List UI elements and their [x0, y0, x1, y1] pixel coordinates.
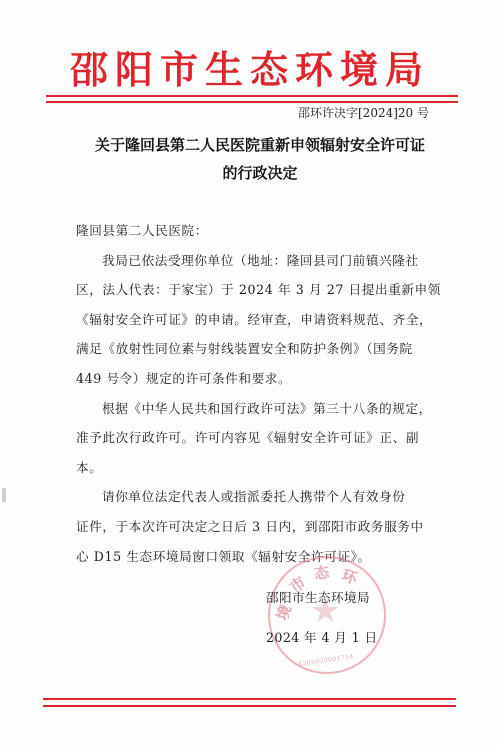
document-page: 邵阳市生态环境局 邵环许决字[2024]20 号 关于隆回县第二人民医院重新申领… — [0, 0, 500, 747]
footer-rule-top — [43, 698, 456, 700]
header-rule-bottom — [46, 101, 458, 103]
signature-block: 邵阳市生态环境局 2024 年 4 月 1 日 — [266, 578, 377, 658]
paragraph-3-line-3: 心 D15 生态环境局窗口领取《辐射安全许可证》。 — [76, 542, 426, 572]
document-title-line-1: 关于隆回县第二人民医院重新申领辐射安全许可证 — [60, 131, 460, 159]
paragraph-2-line-2: 准予此次行政许可。许可内容见《辐射安全许可证》正、副 — [76, 423, 426, 453]
document-body: 隆回县第二人民医院： 我局已依法受理你单位（地址：隆回县司门前镇兴隆社 区，法人… — [76, 216, 426, 571]
document-title: 关于隆回县第二人民医院重新申领辐射安全许可证 的行政决定 — [60, 131, 460, 187]
scan-artifact — [2, 488, 6, 502]
paragraph-1-line-1: 我局已依法受理你单位（地址：隆回县司门前镇兴隆社 — [76, 246, 426, 276]
footer-rule-bottom — [43, 705, 456, 707]
document-title-line-2: 的行政决定 — [60, 159, 460, 187]
paragraph-2-line-3: 本。 — [76, 453, 426, 483]
addressee: 隆回县第二人民医院： — [76, 216, 426, 246]
paragraph-2-line-1: 根据《中华人民共和国行政许可法》第三十八条的规定， — [76, 394, 426, 424]
paragraph-1-line-4: 满足《放射性同位素与射线装置安全和防护条例》（国务院 — [76, 334, 426, 364]
paragraph-1-line-3: 《辐射安全许可证》的申请。经审查，申请资料规范、齐全， — [76, 305, 426, 335]
issue-date: 2024 年 4 月 1 日 — [266, 618, 377, 658]
header-rule-top — [46, 95, 458, 97]
paragraph-1-line-5: 449 号令）规定的许可条件和要求。 — [76, 364, 426, 394]
document-number: 邵环许决字[2024]20 号 — [298, 104, 429, 121]
paragraph-1-line-2: 区，法人代表：于家宝）于 2024 年 3 月 27 日提出重新申领 — [76, 275, 426, 305]
agency-letterhead-title: 邵阳市生态环境局 — [70, 46, 430, 94]
issuer-name: 邵阳市生态环境局 — [266, 578, 377, 618]
paragraph-3-line-2: 证件，于本次许可决定之日后 3 日内，到邵阳市政务服务中 — [76, 512, 426, 542]
paragraph-3-line-1: 请你单位法定代表人或指派委托人携带个人有效身份 — [76, 482, 426, 512]
